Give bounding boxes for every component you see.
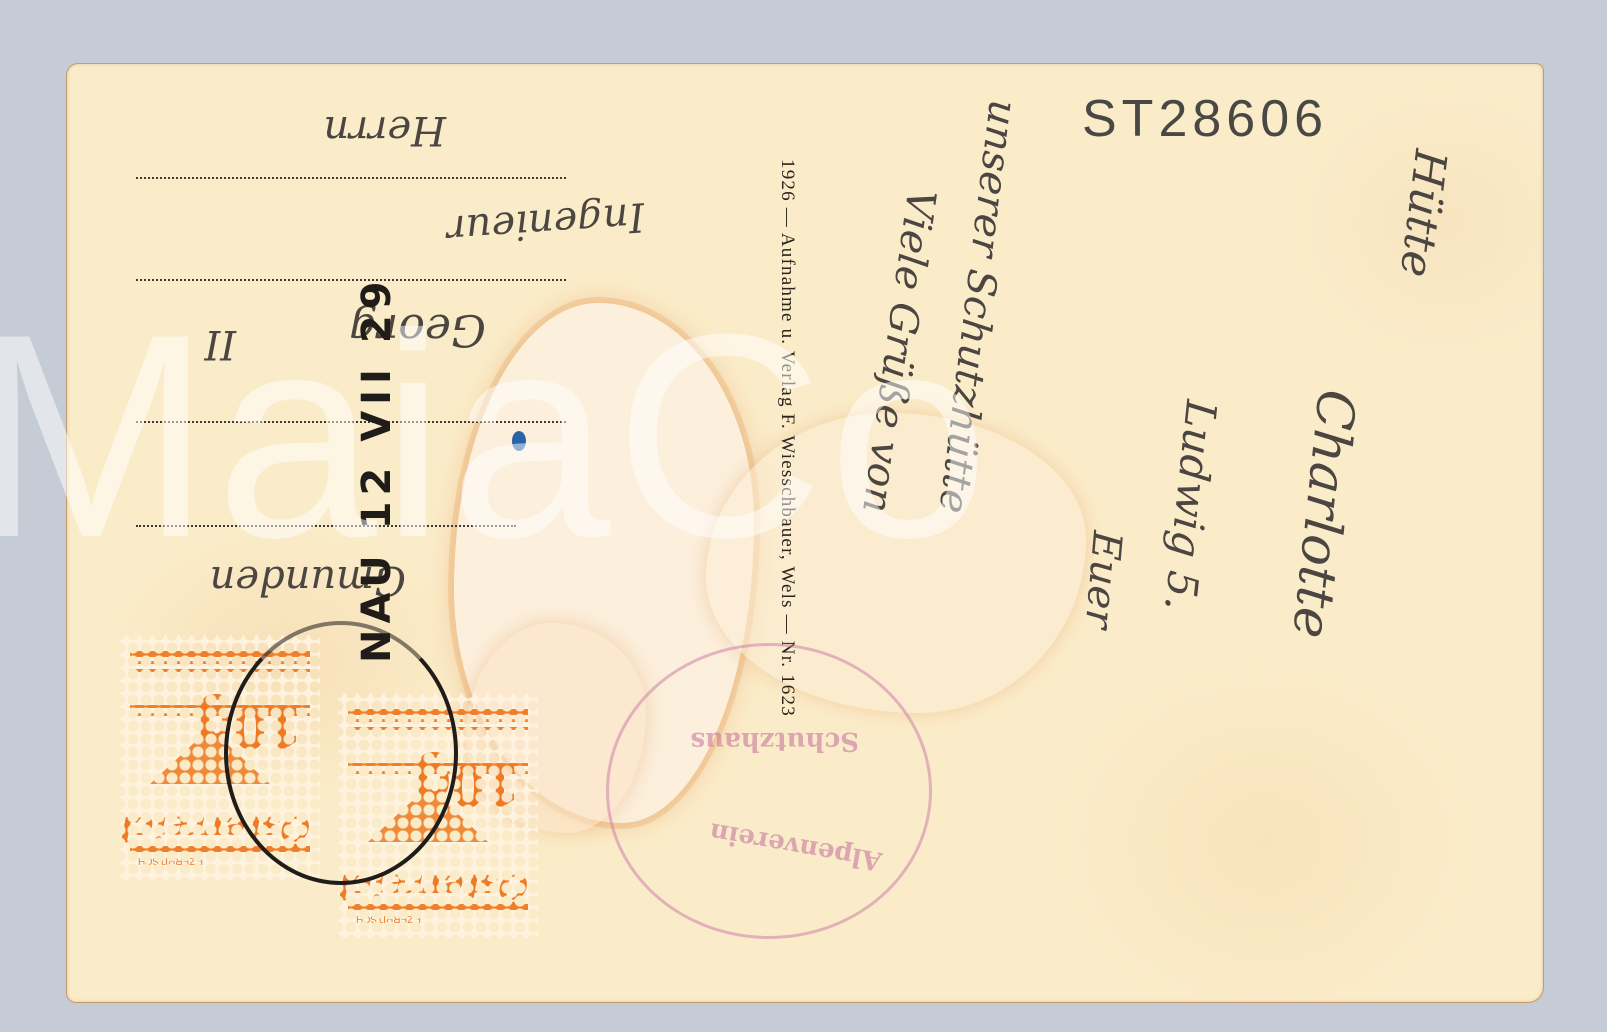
address-line [136,421,566,423]
postmark-text: 12 VII 29 [354,275,400,529]
address-line [136,525,516,527]
publisher-text: 1926 — Aufnahme u. Verlag F. Wiesschbaue… [776,159,798,717]
handwriting-address: Herrn [323,107,446,153]
address-line [136,177,566,179]
cachet-text: Schutzhaus [691,726,859,756]
handwriting-address: II [204,321,236,367]
postmark-date: NAU 12 VII 29 [354,275,400,663]
cachet-text: Alpenverein [707,816,884,876]
stamp-designer: F.ZERRITSCH [356,913,421,924]
postcard-back: 1926 — Aufnahme u. Verlag F. Wiesschbaue… [66,63,1544,1003]
hotel-cachet: Schutzhaus Alpenverein [606,643,932,939]
catalog-id: ST28606 [1082,89,1328,149]
address-line [136,279,566,281]
postmark [224,621,458,885]
postmark-letters: NAU [354,549,400,663]
stamp-designer: F.ZERRITSCH [138,855,203,866]
handwriting-message: Euer [1076,529,1130,630]
ink-spot [512,431,526,451]
